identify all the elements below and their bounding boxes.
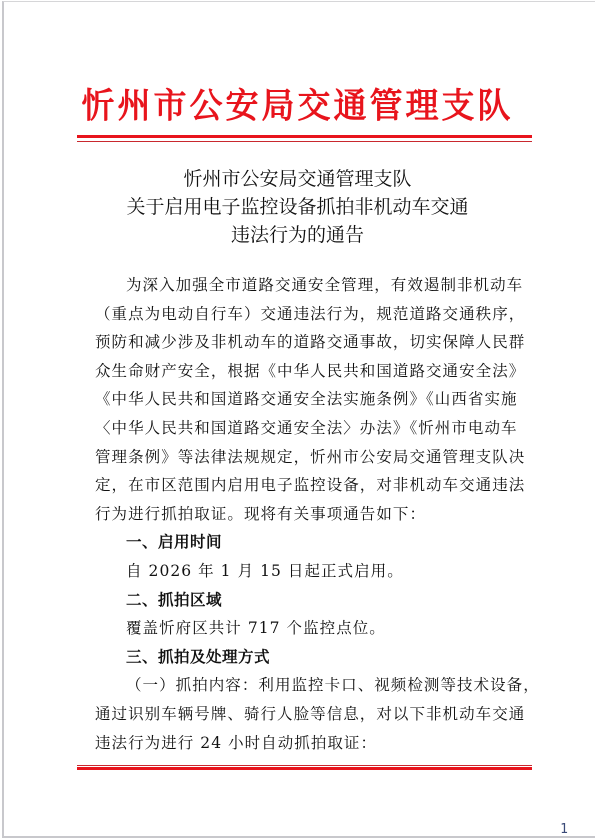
intro-line: 预防和减少涉及非机动车的道路交通事故，切实保障人民群 [95, 328, 515, 357]
masthead-rule-thin [77, 141, 532, 142]
title-line-2: 关于启用电子监控设备抓拍非机动车交通 [0, 193, 595, 221]
intro-line: 定，在市区范围内启用电子监控设备，对非机动车交通违法 [95, 471, 515, 500]
masthead-rule-thick [77, 135, 532, 138]
intro-line: （重点为电动自行车）交通违法行为，规范道路交通秩序， [95, 300, 515, 329]
notice-title: 忻州市公安局交通管理支队 关于启用电子监控设备抓拍非机动车交通 违法行为的通告 [0, 165, 595, 249]
page-number: 1 [560, 822, 568, 837]
title-line-3: 违法行为的通告 [0, 221, 595, 249]
section-heading-capture-method: 三、抓拍及处理方式 [95, 643, 515, 672]
footer-rule-thin [77, 765, 532, 766]
section-text: （一）抓拍内容：利用监控卡口、视频检测等技术设备， [95, 671, 515, 700]
notice-body: 为深入加强全市道路交通安全管理，有效遏制非机动车 （重点为电动自行车）交通违法行… [95, 271, 515, 757]
intro-line: 管理条例》等法律法规规定，忻州市公安局交通管理支队决 [95, 443, 515, 472]
section-text: 违法行为进行 24 小时自动抓拍取证： [95, 729, 515, 758]
intro-line: 行为进行抓拍取证。现将有关事项通告如下： [95, 500, 515, 529]
intro-line: 为深入加强全市道路交通安全管理，有效遏制非机动车 [95, 271, 515, 300]
section-heading-start-time: 一、启用时间 [95, 528, 515, 557]
intro-line: 《中华人民共和国道路交通安全法实施条例》《山西省实施 [95, 385, 515, 414]
intro-line: 〈中华人民共和国道路交通安全法〉办法》《忻州市电动车 [95, 414, 515, 443]
section-text: 通过识别车辆号牌、骑行人脸等信息，对以下非机动车交通 [95, 700, 515, 729]
section-text: 覆盖忻府区共计 717 个监控点位。 [95, 614, 515, 643]
section-text: 自 2026 年 1 月 15 日起正式启用。 [95, 557, 515, 586]
title-line-1: 忻州市公安局交通管理支队 [0, 165, 595, 193]
footer-rule-thick [77, 767, 532, 770]
masthead-red-header: 忻州市公安局交通管理支队 [0, 85, 595, 127]
intro-line: 众生命财产安全，根据《中华人民共和国道路交通安全法》 [95, 357, 515, 386]
section-heading-capture-area: 二、抓拍区域 [95, 586, 515, 615]
